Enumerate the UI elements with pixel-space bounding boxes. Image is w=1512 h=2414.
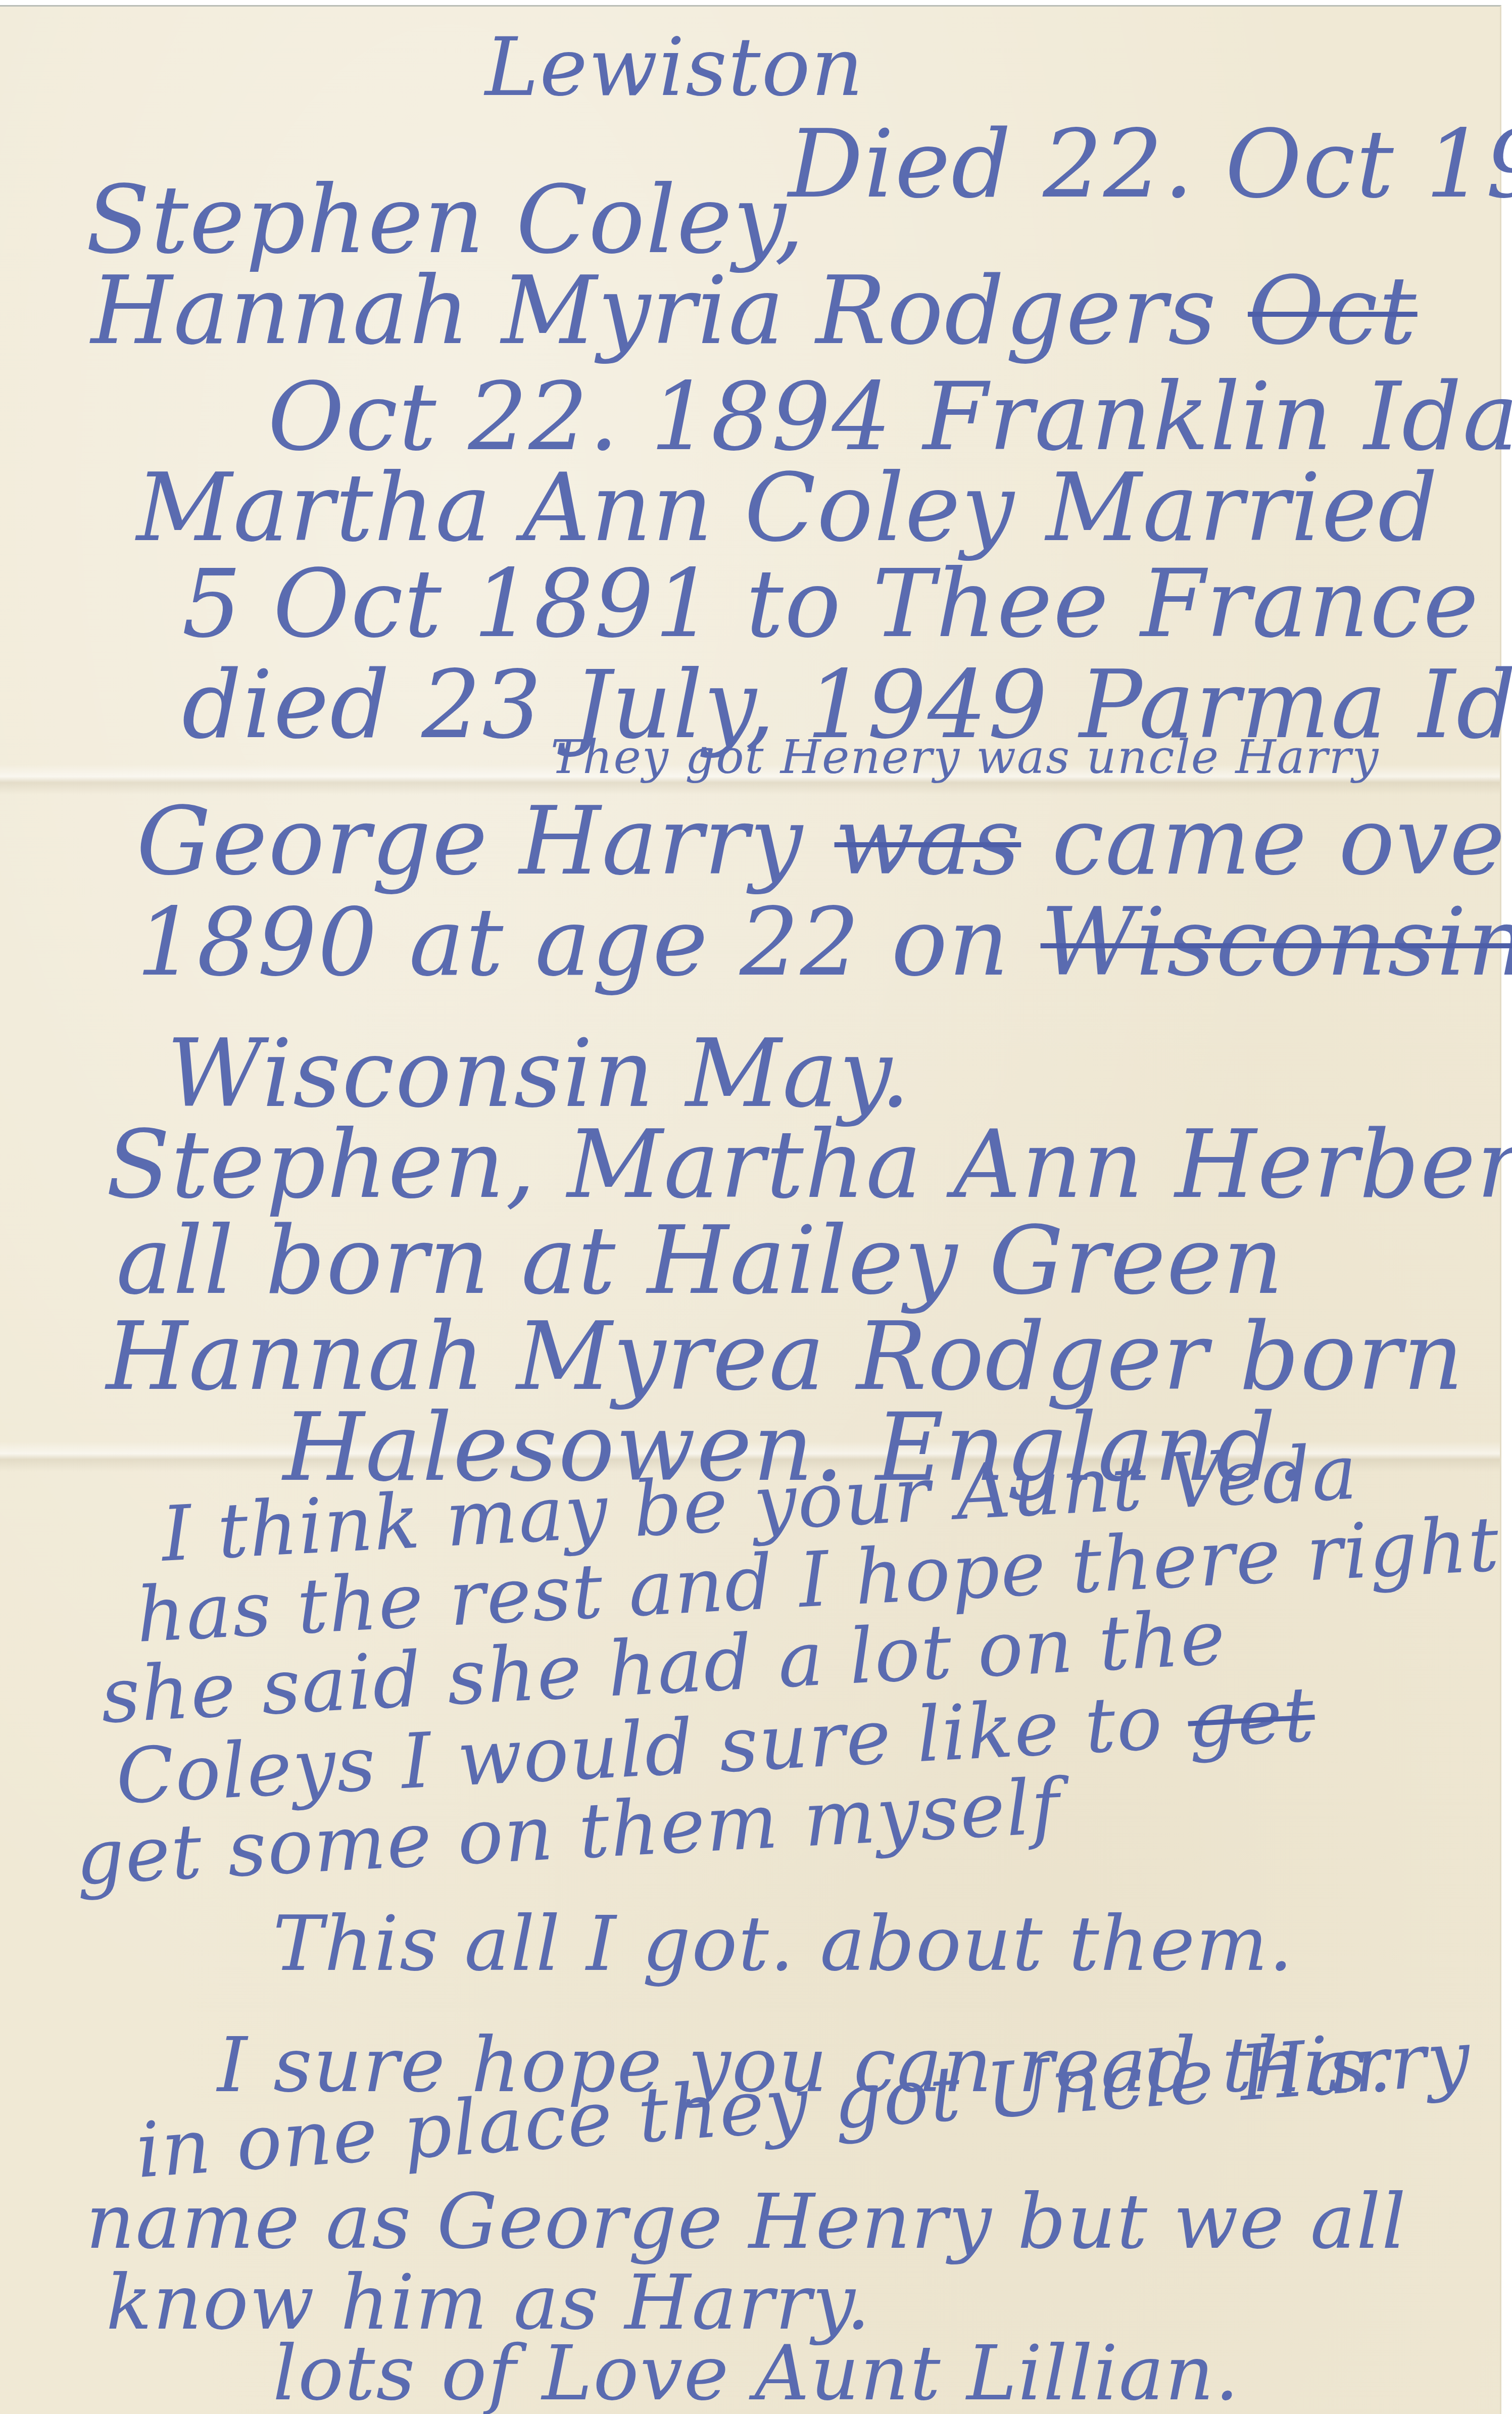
- line-born-hailey-green: all born at Hailey Green: [116, 1214, 1284, 1308]
- line-hannah-rodgers: Hannah Myria Rodgers Oct: [91, 264, 1418, 358]
- line-hannah-born: Hannah Myrea Rodger born: [106, 1310, 1465, 1404]
- line-george-harry: George Harry was came over: [136, 795, 1512, 888]
- line-name-as: name as George Henry but we all: [86, 2184, 1407, 2260]
- letter-sheet: Lewiston Stephen Coley, Died 22. Oct 191…: [0, 5, 1501, 2414]
- line-this-all: This all I got. about them.: [273, 1906, 1294, 1982]
- struck-word: Oct: [1248, 256, 1418, 365]
- line-martha-married: Martha Ann Coley Married: [136, 461, 1439, 555]
- line-children-names: Stephen, Martha Ann Herbert: [106, 1118, 1512, 1212]
- struck-word: Wisconsin: [1041, 888, 1512, 997]
- struck-word: get: [1186, 1671, 1317, 1765]
- struck-word: was: [835, 787, 1021, 896]
- line-5-oct-1891: 5 Oct 1891 to Thee France: [182, 557, 1480, 651]
- line-died-date: Died 22. Oct 1913: [788, 118, 1512, 211]
- signature: lots of Love Aunt Lillian.: [273, 2336, 1240, 2411]
- line-oct-1894: Oct 22. 1894 Franklin Idaho.: [268, 370, 1512, 464]
- line-stephen-coley: Stephen Coley,: [86, 173, 805, 267]
- interlinear-insertion: They got Henery was uncle Harry: [551, 734, 1380, 781]
- line-wisconsin-may: Wisconsin May.: [167, 1027, 911, 1121]
- heading-location: Lewiston: [485, 27, 864, 108]
- line-1890-age-22: 1890 at age 22 on Wisconsin: [136, 896, 1512, 989]
